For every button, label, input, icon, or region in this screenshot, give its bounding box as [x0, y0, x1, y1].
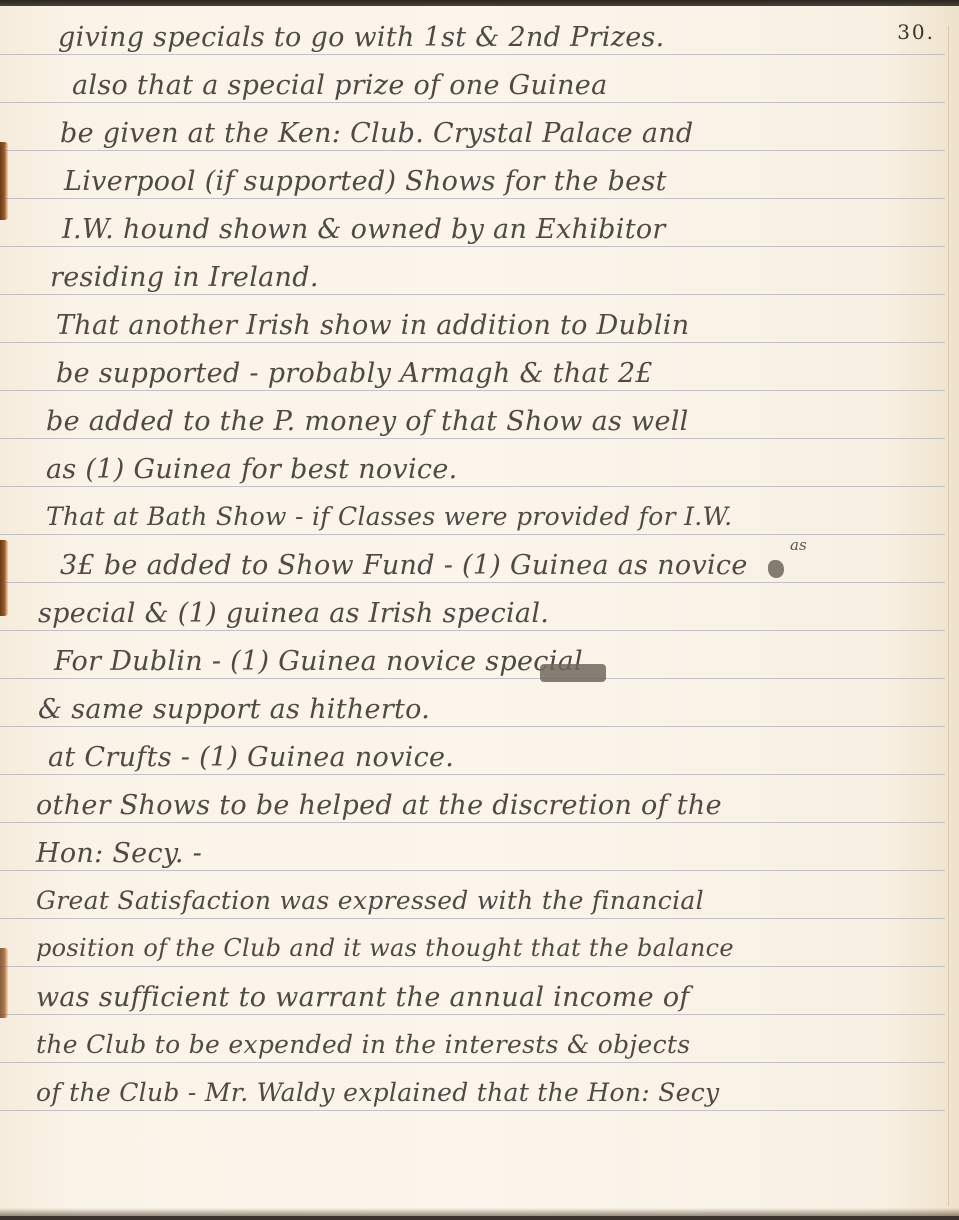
- manuscript-line: as (1) Guinea for best novice.: [46, 454, 458, 485]
- ruled-line: [0, 1014, 945, 1015]
- ruled-line: [0, 102, 945, 103]
- manuscript-line: of the Club - Mr. Waldy explained that t…: [36, 1078, 719, 1107]
- ruled-line: [0, 630, 945, 631]
- ink-blot: [768, 560, 784, 578]
- manuscript-line: special & (1) guinea as Irish special.: [38, 598, 549, 629]
- ruled-line: [0, 486, 945, 487]
- manuscript-line: the Club to be expended in the interests…: [36, 1030, 690, 1059]
- ruled-line: [0, 678, 945, 679]
- ruled-line: [0, 54, 945, 55]
- ruled-line: [0, 150, 945, 151]
- notebook-page: 30. giving specials to go with 1st & 2nd…: [0, 6, 959, 1216]
- ruled-line: [0, 438, 945, 439]
- manuscript-line: & same support as hitherto.: [38, 694, 430, 725]
- struck-out-word: [540, 664, 606, 682]
- ruled-line: [0, 870, 945, 871]
- binding-stain: [0, 948, 8, 1018]
- manuscript-line: giving specials to go with 1st & 2nd Pri…: [58, 22, 665, 53]
- manuscript-line: other Shows to be helped at the discreti…: [36, 790, 722, 821]
- manuscript-line: I.W. hound shown & owned by an Exhibitor: [62, 214, 666, 245]
- manuscript-line: be added to the P. money of that Show as…: [46, 406, 689, 437]
- manuscript-line: For Dublin - (1) Guinea novice special: [54, 646, 583, 677]
- manuscript-line: That at Bath Show - if Classes were prov…: [46, 502, 732, 531]
- ruled-line: [0, 1110, 945, 1111]
- manuscript-line: was sufficient to warrant the annual inc…: [36, 982, 690, 1013]
- manuscript-line: be supported - probably Armagh & that 2£: [56, 358, 653, 389]
- ruled-line: [0, 966, 945, 967]
- ruled-line: [0, 198, 945, 199]
- ruled-line: [0, 822, 945, 823]
- ruled-line: [0, 246, 945, 247]
- binding-stain: [0, 142, 8, 220]
- manuscript-line: position of the Club and it was thought …: [36, 934, 734, 962]
- ruled-line: [0, 582, 945, 583]
- ruled-line: [0, 726, 945, 727]
- inserted-word: as: [790, 536, 807, 554]
- ruled-line: [0, 774, 945, 775]
- page-right-edge: [948, 26, 949, 1206]
- ruled-line: [0, 918, 945, 919]
- ruled-line: [0, 294, 945, 295]
- manuscript-line: 3£ be added to Show Fund - (1) Guinea as…: [60, 550, 748, 581]
- ruled-line: [0, 1062, 945, 1063]
- manuscript-line: residing in Ireland.: [50, 262, 319, 293]
- manuscript-line: Hon: Secy. -: [36, 838, 202, 869]
- ruled-line: [0, 342, 945, 343]
- manuscript-line: Liverpool (if supported) Shows for the b…: [64, 166, 667, 197]
- page-bottom-edge: [0, 1208, 959, 1216]
- manuscript-line: also that a special prize of one Guinea: [72, 70, 607, 101]
- manuscript-line: That another Irish show in addition to D…: [56, 310, 689, 341]
- manuscript-line: be given at the Ken: Club. Crystal Palac…: [60, 118, 694, 149]
- ruled-line: [0, 390, 945, 391]
- page-number: 30.: [897, 20, 935, 44]
- binding-stain: [0, 540, 8, 616]
- manuscript-line: at Crufts - (1) Guinea novice.: [48, 742, 454, 773]
- ruled-line: [0, 534, 945, 535]
- manuscript-line: Great Satisfaction was expressed with th…: [36, 886, 704, 915]
